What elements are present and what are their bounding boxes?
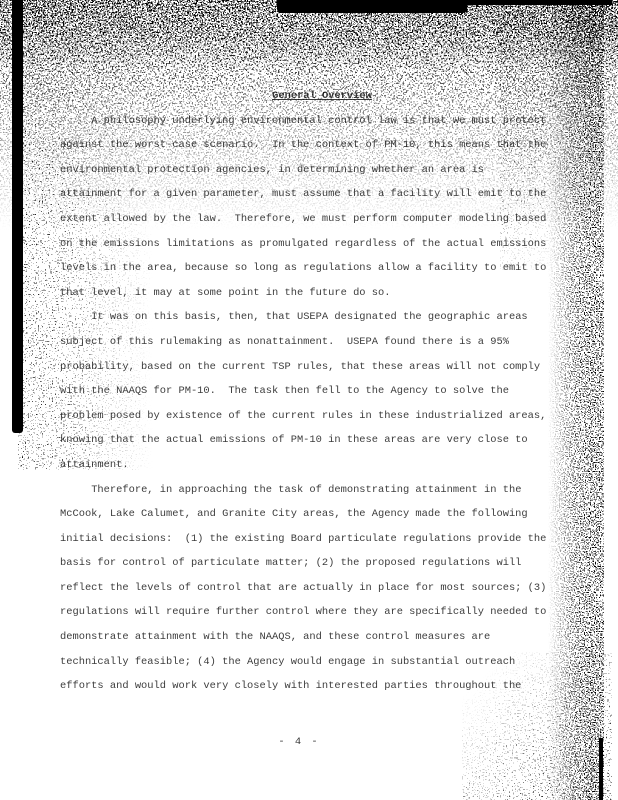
scan-artifact-left-bar xyxy=(12,0,23,433)
scan-noise-right-band xyxy=(548,0,604,800)
paragraph-3: Therefore, in approaching the task of de… xyxy=(60,478,554,699)
section-heading: General Overview xyxy=(60,84,554,109)
scan-artifact-bottom-right-line xyxy=(599,738,603,800)
paragraph-1: A philosophy underlying environmental co… xyxy=(60,109,554,306)
scanned-document-page: General Overview A philosophy underlying… xyxy=(0,0,618,800)
scan-artifact-top-bar xyxy=(277,0,467,13)
document-body: General Overview A philosophy underlying… xyxy=(60,84,554,699)
page-number: - 4 - xyxy=(0,736,598,748)
paragraph-2: It was on this basis, then, that USEPA d… xyxy=(60,305,554,477)
scan-artifact-top-edge-line xyxy=(462,0,612,5)
